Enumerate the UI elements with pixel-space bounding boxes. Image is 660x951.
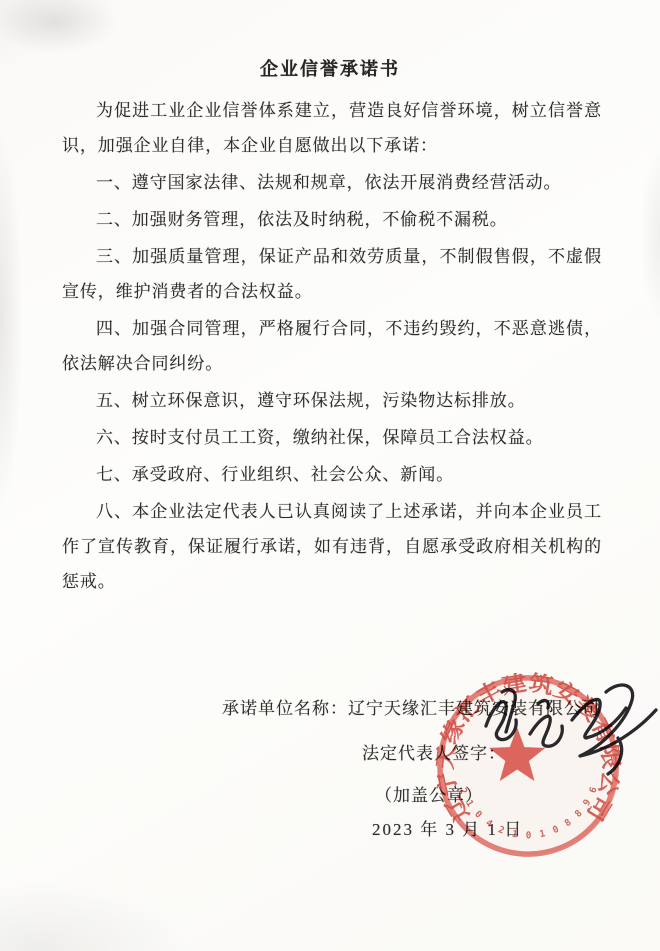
document-title: 企业信誉承诺书 (0, 55, 660, 81)
clause-1: 一、遵守国家法律、法规和规章，依法开展消费经营活动。 (62, 165, 602, 200)
signature-stroke (538, 701, 548, 708)
handwritten-signature (468, 668, 660, 790)
clause-4: 四、加强合同管理，严格履行合同，不违约毁约，不恶意逃债，依法解决合同纠纷。 (62, 311, 602, 381)
signature-stroke (530, 716, 562, 746)
signature-stroke (502, 690, 515, 732)
document-page: 企业信誉承诺书 为促进工业企业信誉体系建立，营造良好信誉环境，树立信誉意识，加强… (0, 0, 660, 951)
clause-8: 八、本企业法定代表人已认真阅读了上述承诺，并向本企业员工作了宣传教育，保证履行承… (62, 494, 602, 599)
unit-label: 承诺单位名称： (222, 699, 348, 718)
clause-7: 七、承受政府、行业组织、社会公众、新闻。 (62, 457, 602, 492)
intro-paragraph: 为促进工业企业信誉体系建立，营造良好信誉环境，树立信誉意识，加强企业自律，本企业… (62, 93, 602, 163)
clause-6: 六、按时支付员工工资，缴纳社保，保障员工合法权益。 (62, 420, 602, 455)
clause-5: 五、树立环保意识，遵守环保法规，污染物达标排放。 (62, 383, 602, 418)
document-body: 为促进工业企业信誉体系建立，营造良好信誉环境，树立信誉意识，加强企业自律，本企业… (62, 93, 602, 601)
signature-stroke (572, 699, 626, 738)
clause-3: 三、加强质量管理，保证产品和效劳质量，不制假售假，不虚假宣传，维护消费者的合法权… (62, 239, 602, 309)
clause-2: 二、加强财务管理，依法及时纳税，不偷税不漏税。 (62, 202, 602, 237)
